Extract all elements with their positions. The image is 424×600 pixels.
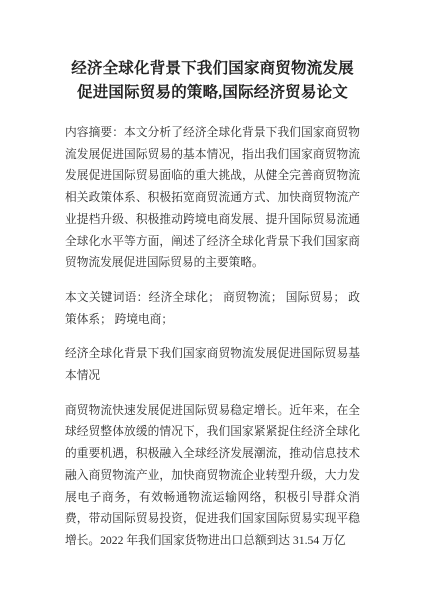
paper-title-line-1: 经济全球化背景下我们国家商贸物流发展	[71, 60, 354, 77]
document-page: 经济全球化背景下我们国家商贸物流发展 促进国际贸易的策略,国际经济贸易论文 内容…	[0, 0, 424, 600]
paper-title-line-2: 促进国际贸易的策略,国际经济贸易论文	[77, 84, 348, 101]
abstract-paragraph: 内容摘要：本文分析了经济全球化背景下我们国家商贸物流发展促进国际贸易的基本情况，…	[65, 122, 360, 274]
body-paragraph: 商贸物流快速发展促进国际贸易稳定增长。近年来，在全球经贸整体放缓的情况下，我们国…	[65, 400, 360, 552]
keywords-paragraph: 本文关键词语：经济全球化； 商贸物流； 国际贸易； 政策体系； 跨境电商；	[65, 287, 360, 330]
section-heading: 经济全球化背景下我们国家商贸物流发展促进国际贸易基本情况	[65, 343, 360, 386]
paper-title: 经济全球化背景下我们国家商贸物流发展 促进国际贸易的策略,国际经济贸易论文	[65, 57, 360, 105]
